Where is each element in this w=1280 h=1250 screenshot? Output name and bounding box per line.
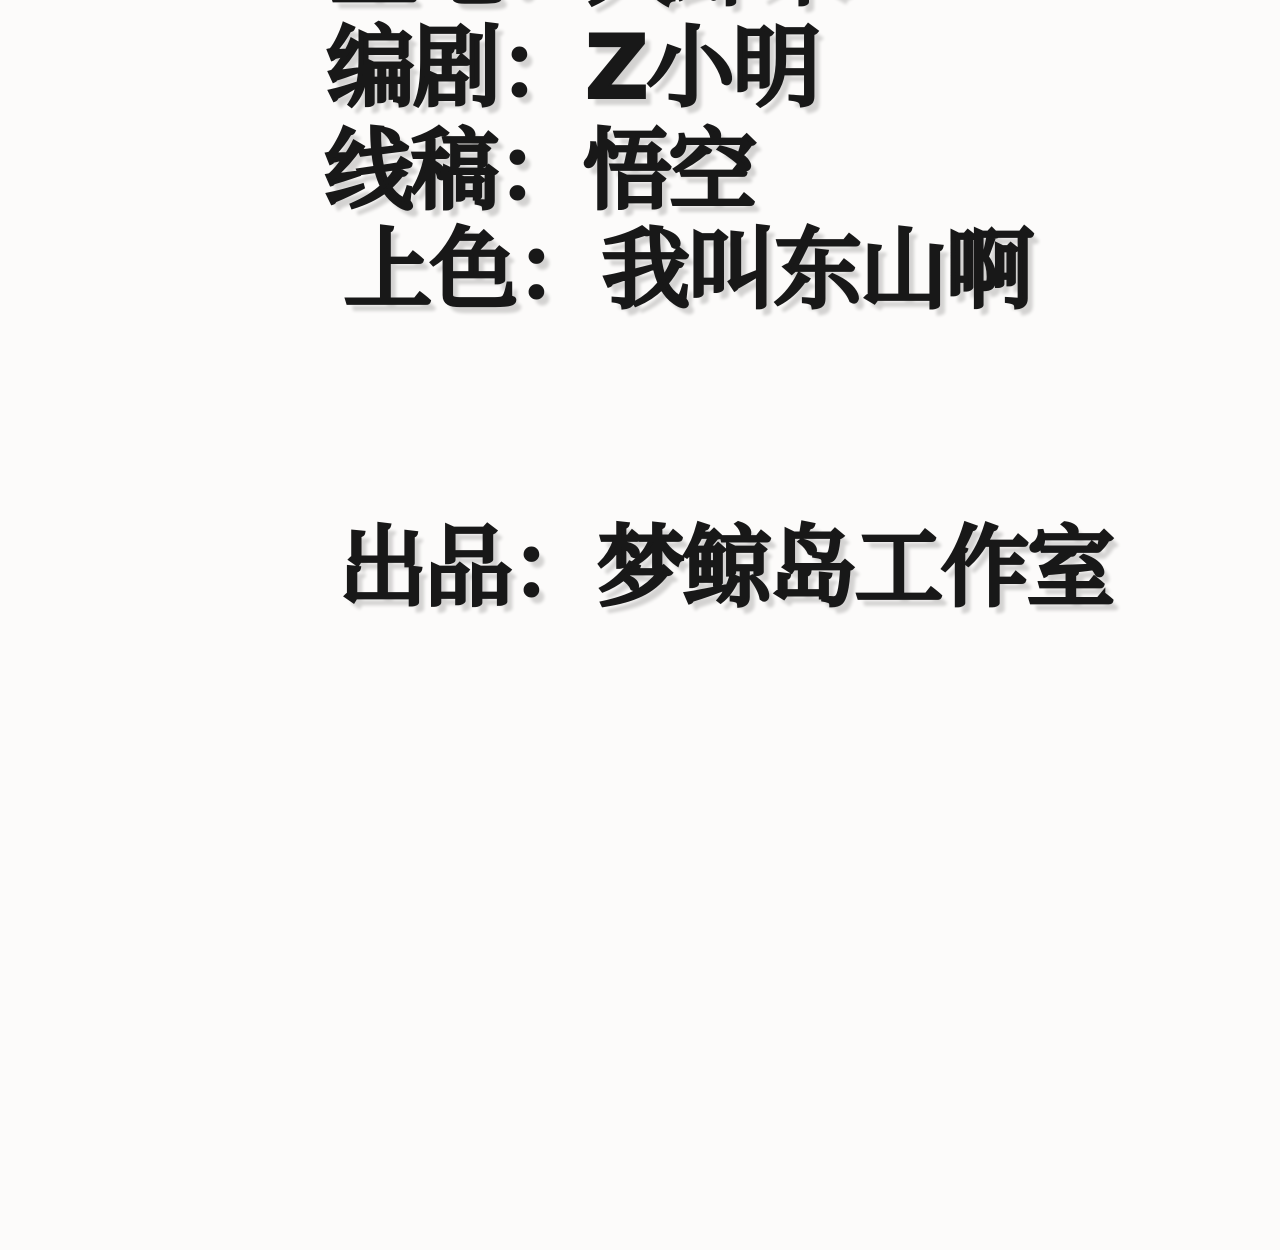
credit-line-screenwriter: 编剧：Z小明 — [327, 24, 819, 112]
credit-line-line-art: 线稿：悟空 — [325, 127, 755, 215]
credit-line-lead-artist-cropped: 主笔：大虾米 — [330, 0, 846, 11]
credit-line-coloring: 上色：我叫东山啊 — [344, 226, 1032, 314]
credits-page: 主笔：大虾米 编剧：Z小明 线稿：悟空 上色：我叫东山啊 出品：梦鲸岛工作室 — [0, 0, 1280, 1250]
credit-line-production-studio: 出品：梦鲸岛工作室 — [339, 524, 1113, 612]
